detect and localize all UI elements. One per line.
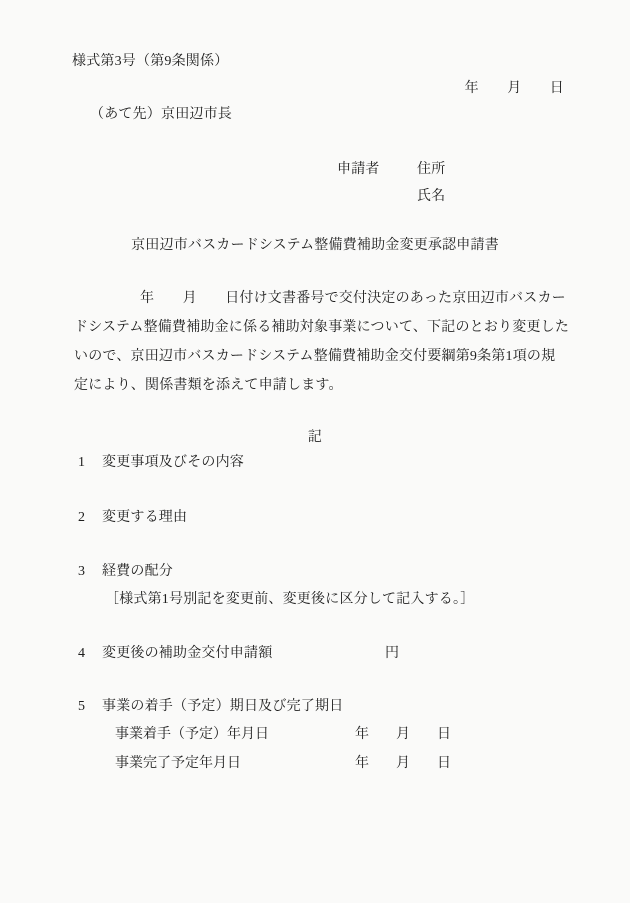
item-label: 経費の配分: [102, 565, 173, 579]
item-number: 5: [78, 700, 85, 714]
item-number: 4: [78, 647, 85, 661]
day-label: 日: [437, 728, 451, 742]
day-label: 日: [437, 757, 451, 771]
list-item: 4 変更後の補助金交付申請額 円: [0, 647, 630, 665]
year-label: 年: [355, 728, 369, 742]
item-note: ［様式第1号別記を変更前、変更後に区分して記入する。］: [105, 593, 474, 607]
year-label: 年: [355, 757, 369, 771]
month-label: 月: [396, 757, 410, 771]
item-number: 1: [78, 456, 85, 470]
list-item: 5 事業の着手（予定）期日及び完了期日: [0, 700, 630, 718]
month-label: 月: [396, 728, 410, 742]
paragraph-line: 年 月 日付け文書番号で交付決定のあった京田辺市バスカー: [74, 292, 630, 306]
paragraph-line: 定により、関係書類を添えて申請します。: [74, 379, 574, 393]
form-number: 様式第3号（第9条関係）: [72, 55, 228, 69]
applicant-label: 申請者: [337, 163, 380, 177]
schedule-row-end-date: 事業完了予定年月日 年 月 日: [0, 757, 630, 775]
item-label: 変更後の補助金交付申請額: [102, 647, 272, 661]
item-label: 変更する理由: [102, 511, 187, 525]
list-item: 3 経費の配分: [0, 565, 630, 583]
item-number: 2: [78, 511, 85, 525]
item-number: 3: [78, 565, 85, 579]
schedule-row-start-date: 事業着手（予定）年月日 年 月 日: [0, 728, 630, 746]
list-item: 1 変更事項及びその内容: [0, 456, 630, 474]
currency-unit-label: 円: [385, 647, 399, 661]
paragraph-line: ドシステム整備費補助金に係る補助対象事業について、下記のとおり変更した: [74, 321, 574, 335]
ki-heading: 記: [0, 431, 630, 445]
item-label: 事業の着手（予定）期日及び完了期日: [102, 700, 343, 714]
paragraph-line: いので、京田辺市バスカードシステム整備費補助金交付要綱第9条第1項の規: [74, 350, 574, 364]
addressee-line: （あて先）京田辺市長: [90, 108, 232, 122]
name-label: 氏名: [417, 190, 445, 204]
item-label: 変更事項及びその内容: [102, 456, 244, 470]
schedule-label: 事業着手（予定）年月日: [115, 728, 269, 742]
document-title: 京田辺市バスカードシステム整備費補助金変更承認申請書: [0, 239, 630, 253]
schedule-label: 事業完了予定年月日: [115, 757, 241, 771]
date-blank-line: 年 月 日: [465, 82, 564, 96]
document-page: 様式第3号（第9条関係） 年 月 日 （あて先）京田辺市長 申請者 住所 氏名 …: [0, 0, 630, 903]
address-label: 住所: [417, 163, 445, 177]
list-item: 2 変更する理由: [0, 511, 630, 529]
